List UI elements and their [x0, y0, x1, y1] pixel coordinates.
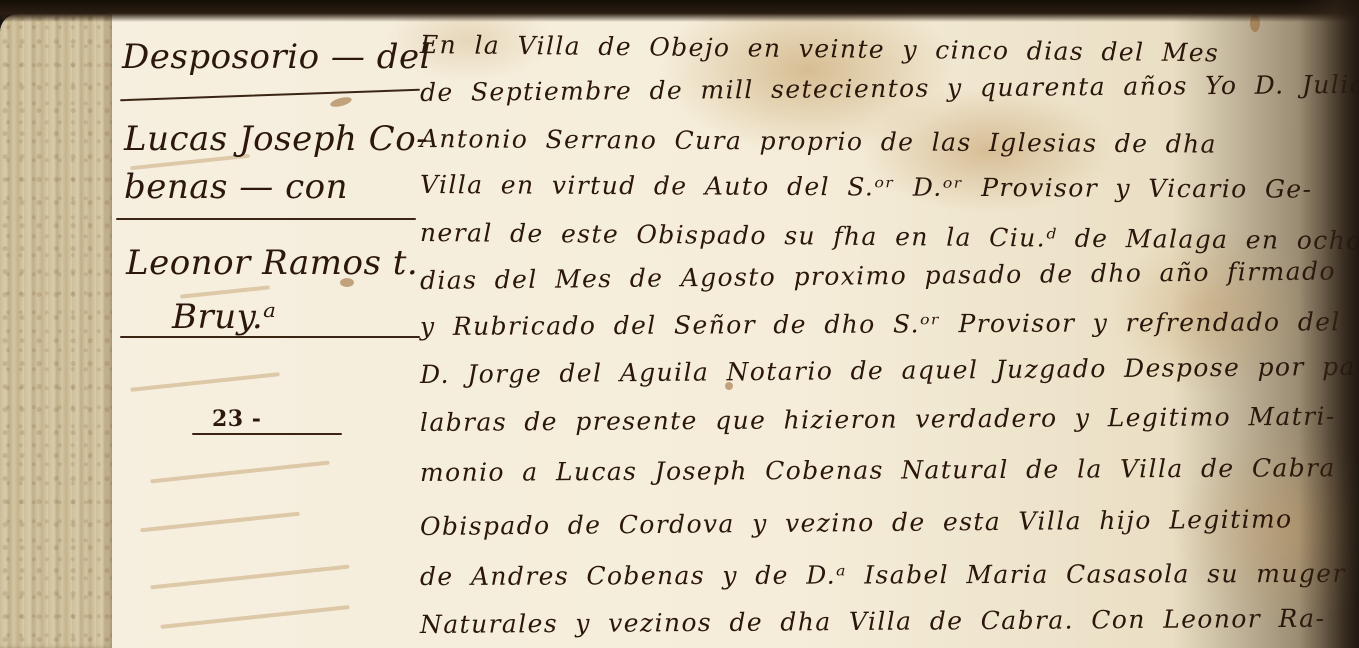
- margin-rule: [120, 89, 420, 101]
- body-line-4: Villa en virtud de Auto del S.ᵒʳ D.ᵒʳ Pr…: [420, 170, 1313, 204]
- record-body: En la Villa de Obejo en veinte y cinco d…: [420, 18, 1359, 648]
- margin-column: Desposorio — del Lucas Joseph Co- benas …: [112, 10, 422, 648]
- body-line-7: y Rubricado del Señor de dho S.ᵒʳ Provis…: [420, 307, 1341, 341]
- body-line-6: dias del Mes de Agosto proximo pasado de…: [420, 256, 1336, 295]
- stacked-page-edges: [0, 14, 112, 648]
- margin-bride-name-1: Leonor Ramos t.: [126, 246, 418, 280]
- margin-bride-name-2: Bruy.ᵃ: [172, 300, 276, 334]
- manuscript-scan: Desposorio — del Lucas Joseph Co- benas …: [0, 0, 1359, 648]
- margin-rule: [120, 336, 420, 338]
- body-line-2: de Septiembre de mill setecientos y quar…: [420, 70, 1359, 107]
- ink-stain: [725, 382, 733, 390]
- body-line-3: Antonio Serrano Cura proprio de las Igle…: [420, 124, 1217, 159]
- folio-underline: [192, 433, 342, 435]
- body-line-11: Obispado de Cordova y vezino de esta Vil…: [420, 504, 1293, 541]
- body-line-9: labras de presente que hizieron verdader…: [420, 402, 1336, 437]
- body-line-13: Naturales y vezinos de dha Villa de Cabr…: [420, 604, 1326, 639]
- body-line-1: En la Villa de Obejo en veinte y cinco d…: [420, 30, 1220, 67]
- body-line-5: neral de este Obispado su fha en la Ciu.…: [420, 218, 1359, 255]
- body-line-12: de Andres Cobenas y de D.ᵃ Isabel Maria …: [420, 559, 1346, 591]
- margin-rule: [116, 218, 416, 220]
- margin-groom-name-2: benas — con: [124, 170, 348, 204]
- binding-shadow: [0, 0, 1359, 22]
- folio-number: 23 -: [212, 406, 261, 432]
- margin-groom-name-1: Lucas Joseph Co-: [124, 122, 428, 156]
- body-line-10: monio a Lucas Joseph Cobenas Natural de …: [420, 453, 1336, 487]
- ink-stain: [340, 278, 354, 287]
- margin-entry-heading: Desposorio — del: [122, 40, 431, 74]
- body-line-8: D. Jorge del Aguila Notario de aquel Juz…: [420, 352, 1359, 389]
